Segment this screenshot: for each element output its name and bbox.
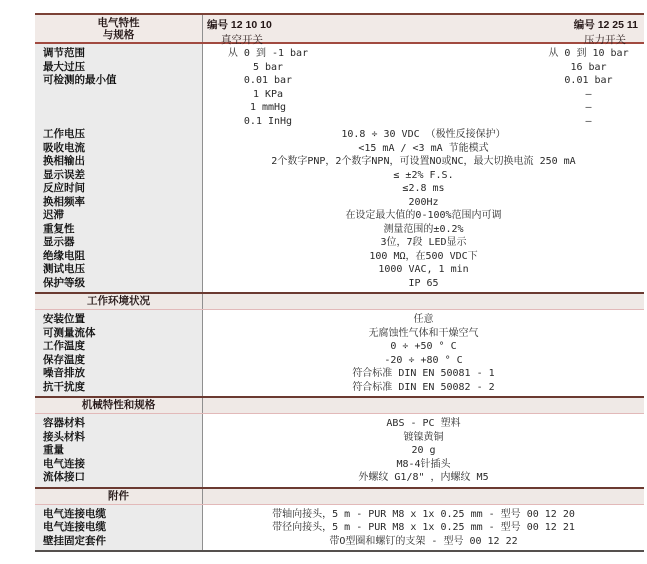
row-label: 显示误差 xyxy=(35,169,203,183)
header-columns: 编号 12 10 10 真空开关 编号 12 25 11 压力开关 xyxy=(203,15,644,42)
spec-row: 最大过压 5 bar 16 bar xyxy=(35,61,644,75)
spec-row: 流体接口 外螺纹 G1/8" ，内螺纹 M5 xyxy=(35,471,644,485)
pressure-column-header: 编号 12 25 11 压力开关 xyxy=(574,17,638,42)
spec-row: 迟滞 在设定最大值的0-100%范围内可调 xyxy=(35,209,644,223)
shared-value: ≤ ±2% F.S. xyxy=(203,169,644,183)
vacuum-value: 0.01 bar xyxy=(203,74,333,88)
row-label: 换相频率 xyxy=(35,196,203,210)
spec-row: 显示误差 ≤ ±2% F.S. xyxy=(35,169,644,183)
row-label: 流体接口 xyxy=(35,471,203,485)
spec-row: 接头材料 镀镍黄铜 xyxy=(35,431,644,445)
row-label: 工作温度 xyxy=(35,340,203,354)
section-header-environment: 工作环境状况 xyxy=(35,292,644,310)
header-title-line2: 与规格 xyxy=(103,29,135,41)
spec-row: 工作电压 10.8 ÷ 30 VDC （极性反接保护） xyxy=(35,128,644,142)
section-title: 附件 xyxy=(35,489,203,504)
spec-row: 绝缘电阻 100 MΩ，在500 VDC下 xyxy=(35,250,644,264)
spec-row: 电气连接电缆 带轴向接头，5 m - PUR M8 x 1x 0.25 mm -… xyxy=(35,508,644,522)
section-header-accessories: 附件 xyxy=(35,487,644,505)
shared-value: 0 ÷ +50 ° C xyxy=(203,340,644,354)
header-title: 电气特性 与规格 xyxy=(35,15,203,42)
shared-value: 符合标准 DIN EN 50081 - 1 xyxy=(203,367,644,381)
mechanical-section: 容器材料 ABS - PC 塑料 接头材料 镀镍黄铜 重量 20 g 电气连接 … xyxy=(35,414,644,487)
vacuum-value: 1 mmHg xyxy=(203,101,333,115)
pressure-value: 从 0 到 10 bar xyxy=(541,47,636,61)
row-label: 抗干扰度 xyxy=(35,381,203,395)
pressure-value: — xyxy=(541,88,636,102)
row-label: 电气连接电缆 xyxy=(35,521,203,535)
spec-row: 抗干扰度 符合标准 DIN EN 50082 - 2 xyxy=(35,381,644,395)
shared-value: 带轴向接头，5 m - PUR M8 x 1x 0.25 mm - 型号 00 … xyxy=(203,508,644,522)
vacuum-value: 从 0 到 -1 bar xyxy=(203,47,333,61)
row-label: 吸收电流 xyxy=(35,142,203,156)
shared-value: 200Hz xyxy=(203,196,644,210)
pressure-value: — xyxy=(541,101,636,115)
datasheet-page: 电气特性 与规格 编号 12 10 10 真空开关 编号 12 25 11 压力… xyxy=(0,0,647,564)
row-label: 容器材料 xyxy=(35,417,203,431)
shared-value: -20 ÷ +80 ° C xyxy=(203,354,644,368)
shared-value: 带O型圈和螺钉的支架 - 型号 00 12 22 xyxy=(203,535,644,549)
spec-row: 换相输出 2个数字PNP，2个数字NPN，可设置NO或NC，最大切换电流 250… xyxy=(35,155,644,169)
spec-row: 显示器 3位，7段 LED显示 xyxy=(35,236,644,250)
shared-value: 镀镍黄铜 xyxy=(203,431,644,445)
section-title: 工作环境状况 xyxy=(35,294,203,309)
table-header: 电气特性 与规格 编号 12 10 10 真空开关 编号 12 25 11 压力… xyxy=(35,15,644,44)
section-header-mechanical: 机械特性和规格 xyxy=(35,396,644,414)
spec-row: 噪音排放 符合标准 DIN EN 50081 - 1 xyxy=(35,367,644,381)
pressure-code: 编号 12 25 11 xyxy=(574,17,638,32)
row-label: 电气连接 xyxy=(35,458,203,472)
spec-row: 测试电压 1000 VAC, 1 min xyxy=(35,263,644,277)
spec-row: 电气连接 M8-4针插头 xyxy=(35,458,644,472)
spec-row: 重量 20 g xyxy=(35,444,644,458)
spec-row: 工作温度 0 ÷ +50 ° C xyxy=(35,340,644,354)
shared-value: 100 MΩ，在500 VDC下 xyxy=(203,250,644,264)
shared-value: 测量范围的±0.2% xyxy=(203,223,644,237)
row-label: 显示器 xyxy=(35,236,203,250)
spec-row: 容器材料 ABS - PC 塑料 xyxy=(35,417,644,431)
vacuum-value: 5 bar xyxy=(203,61,333,75)
row-label: 保护等级 xyxy=(35,277,203,291)
spec-row: 安装位置 任意 xyxy=(35,313,644,327)
row-label: 测试电压 xyxy=(35,263,203,277)
row-label: 接头材料 xyxy=(35,431,203,445)
row-label: 电气连接电缆 xyxy=(35,508,203,522)
row-label: 噪音排放 xyxy=(35,367,203,381)
spec-row: 吸收电流 <15 mA / <3 mA 节能模式 xyxy=(35,142,644,156)
spec-row: 可测量流体 无腐蚀性气体和干燥空气 xyxy=(35,327,644,341)
bottom-rule xyxy=(35,550,644,552)
spec-row: 1 mmHg — xyxy=(35,101,644,115)
spec-table: 电气特性 与规格 编号 12 10 10 真空开关 编号 12 25 11 压力… xyxy=(35,13,644,552)
vacuum-code: 编号 12 10 10 xyxy=(207,17,272,32)
row-label: 换相输出 xyxy=(35,155,203,169)
shared-value: 20 g xyxy=(203,444,644,458)
row-label: 绝缘电阻 xyxy=(35,250,203,264)
shared-value: 无腐蚀性气体和干燥空气 xyxy=(203,327,644,341)
spec-row: 壁挂固定套件 带O型圈和螺钉的支架 - 型号 00 12 22 xyxy=(35,535,644,549)
row-label: 可检测的最小值 xyxy=(35,74,203,88)
shared-value: 3位，7段 LED显示 xyxy=(203,236,644,250)
environment-section: 安装位置 任意 可测量流体 无腐蚀性气体和干燥空气 工作温度 0 ÷ +50 °… xyxy=(35,310,644,396)
spec-row: 电气连接电缆 带径向接头，5 m - PUR M8 x 1x 0.25 mm -… xyxy=(35,521,644,535)
row-label: 重量 xyxy=(35,444,203,458)
shared-value: 外螺纹 G1/8" ，内螺纹 M5 xyxy=(203,471,644,485)
pressure-value: — xyxy=(541,115,636,129)
shared-value: 符合标准 DIN EN 50082 - 2 xyxy=(203,381,644,395)
shared-value: <15 mA / <3 mA 节能模式 xyxy=(203,142,644,156)
row-label xyxy=(35,88,203,102)
shared-value: 带径向接头，5 m - PUR M8 x 1x 0.25 mm - 型号 00 … xyxy=(203,521,644,535)
vacuum-value: 0.1 InHg xyxy=(203,115,333,129)
shared-value: 任意 xyxy=(203,313,644,327)
spec-row: 反应时间 ≤2.8 ms xyxy=(35,182,644,196)
vacuum-column-header: 编号 12 10 10 真空开关 xyxy=(207,17,272,42)
row-label: 壁挂固定套件 xyxy=(35,535,203,549)
shared-value: 1000 VAC, 1 min xyxy=(203,263,644,277)
row-label: 调节范围 xyxy=(35,47,203,61)
spec-row: 调节范围 从 0 到 -1 bar 从 0 到 10 bar xyxy=(35,47,644,61)
accessories-section: 电气连接电缆 带轴向接头，5 m - PUR M8 x 1x 0.25 mm -… xyxy=(35,505,644,551)
spec-row: 1 KPa — xyxy=(35,88,644,102)
spec-row: 保护等级 IP 65 xyxy=(35,277,644,291)
shared-value: IP 65 xyxy=(203,277,644,291)
row-label: 保存温度 xyxy=(35,354,203,368)
spec-row: 重复性 测量范围的±0.2% xyxy=(35,223,644,237)
row-label: 重复性 xyxy=(35,223,203,237)
row-label: 安装位置 xyxy=(35,313,203,327)
pressure-value: 0.01 bar xyxy=(541,74,636,88)
row-label: 工作电压 xyxy=(35,128,203,142)
vacuum-value: 1 KPa xyxy=(203,88,333,102)
spec-row: 保存温度 -20 ÷ +80 ° C xyxy=(35,354,644,368)
shared-value: 在设定最大值的0-100%范围内可调 xyxy=(203,209,644,223)
electrical-section: 调节范围 从 0 到 -1 bar 从 0 到 10 bar 最大过压 5 ba… xyxy=(35,44,644,292)
row-label: 迟滞 xyxy=(35,209,203,223)
spec-row: 可检测的最小值 0.01 bar 0.01 bar xyxy=(35,74,644,88)
row-label: 最大过压 xyxy=(35,61,203,75)
shared-value: M8-4针插头 xyxy=(203,458,644,472)
row-label xyxy=(35,115,203,129)
shared-value: 2个数字PNP，2个数字NPN，可设置NO或NC，最大切换电流 250 mA xyxy=(203,155,644,169)
row-label: 反应时间 xyxy=(35,182,203,196)
pressure-value: 16 bar xyxy=(541,61,636,75)
spec-row: 换相频率 200Hz xyxy=(35,196,644,210)
header-title-line1: 电气特性 xyxy=(98,17,140,29)
section-title: 机械特性和规格 xyxy=(35,398,203,413)
spec-row: 0.1 InHg — xyxy=(35,115,644,129)
row-label: 可测量流体 xyxy=(35,327,203,341)
shared-value: 10.8 ÷ 30 VDC （极性反接保护） xyxy=(203,128,644,142)
shared-value: ABS - PC 塑料 xyxy=(203,417,644,431)
shared-value: ≤2.8 ms xyxy=(203,182,644,196)
row-label xyxy=(35,101,203,115)
